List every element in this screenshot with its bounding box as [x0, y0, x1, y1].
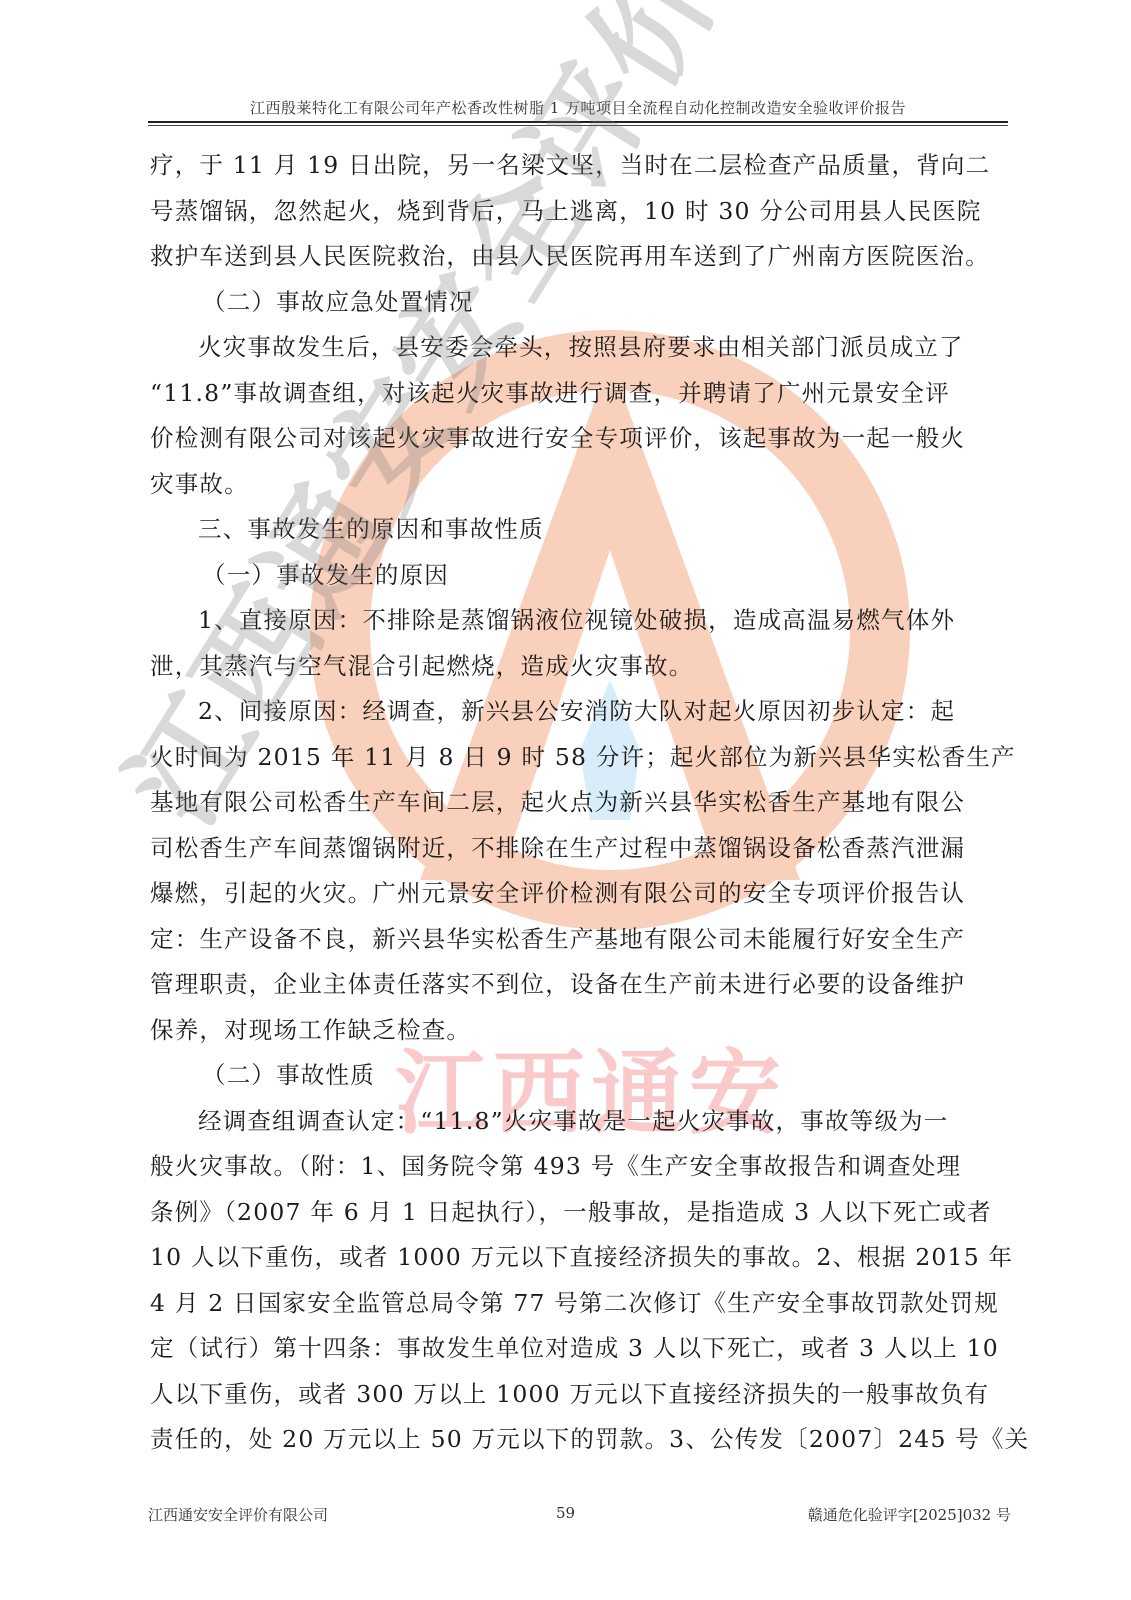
- text-line: 人以下重伤，或者 300 万以上 1000 万元以下直接经济损失的一般事故负有: [150, 1372, 1006, 1418]
- text-line: 定：生产设备不良，新兴县华实松香生产基地有限公司未能履行好安全生产: [150, 917, 1006, 963]
- page-number: 59: [556, 1504, 575, 1522]
- footer-doc-number: 赣通危化验评字[2025]032 号: [808, 1504, 1011, 1525]
- text-line: 经调查组调查认定：“11.8”火灾事故是一起火灾事故，事故等级为一: [150, 1099, 1006, 1145]
- document-page: 江西殷莱特化工有限公司年产松香改性树脂 1 万吨项目全流程自动化控制改造安全验收…: [0, 0, 1131, 1600]
- text-line: 条例》（2007 年 6 月 1 日起执行），一般事故，是指造成 3 人以下死亡…: [150, 1190, 1006, 1236]
- text-line: 责任的，处 20 万元以上 50 万元以下的罚款。3、公传发〔2007〕245 …: [150, 1417, 1006, 1463]
- text-line: 爆燃，引起的火灾。广州元景安全评价检测有限公司的安全专项评价报告认: [150, 871, 1006, 917]
- section-heading: （二）事故性质: [150, 1053, 1006, 1099]
- text-line: 4 月 2 日国家安全监管总局令第 77 号第二次修订《生产安全事故罚款处罚规: [150, 1281, 1006, 1327]
- body-text: 疗，于 11 月 19 日出院，另一名梁文坚，当时在二层检查产品质量，背向二 号…: [150, 143, 1006, 1463]
- text-line: 基地有限公司松香生产车间二层，起火点为新兴县华实松香生产基地有限公: [150, 780, 1006, 826]
- text-line: “11.8”事故调查组，对该起火灾事故进行调查，并聘请了广州元景安全评: [150, 371, 1006, 417]
- text-line: 10 人以下重伤，或者 1000 万元以下直接经济损失的事故。2、根据 2015…: [150, 1235, 1006, 1281]
- text-line: 定（试行）第十四条：事故发生单位对造成 3 人以下死亡，或者 3 人以上 10: [150, 1326, 1006, 1372]
- footer-company: 江西通安安全评价有限公司: [148, 1504, 328, 1525]
- text-line: 火灾事故发生后，县安委会牵头，按照县府要求由相关部门派员成立了: [150, 325, 1006, 371]
- text-line: 般火灾事故。（附：1、国务院令第 493 号《生产安全事故报告和调查处理: [150, 1144, 1006, 1190]
- text-line: 保养，对现场工作缺乏检查。: [150, 1008, 1006, 1054]
- text-line: 管理职责，企业主体责任落实不到位，设备在生产前未进行必要的设备维护: [150, 962, 1006, 1008]
- text-line: 司松香生产车间蒸馏锅附近，不排除在生产过程中蒸馏锅设备松香蒸汽泄漏: [150, 826, 1006, 872]
